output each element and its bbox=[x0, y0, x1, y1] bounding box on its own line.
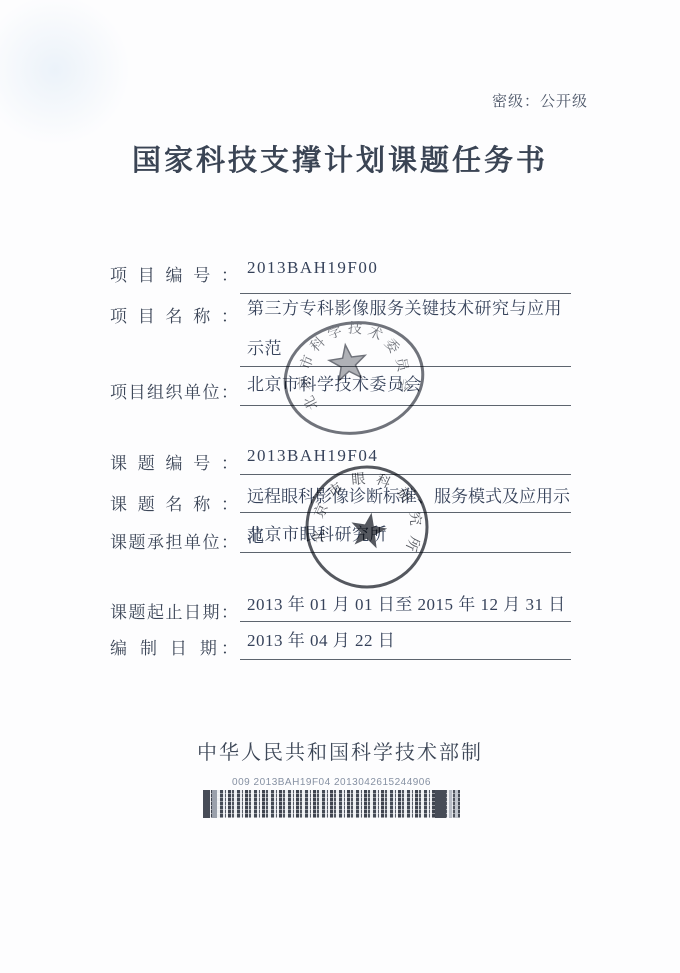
field-label-compile-date: 编 制 日 期： bbox=[110, 634, 238, 659]
field-label-project-number: 项目编号： bbox=[110, 261, 238, 286]
issuer-footer: 中华人民共和国科学技术部制 bbox=[0, 736, 680, 765]
field-label-project-name: 项目名称： bbox=[110, 302, 238, 327]
barcode-number: 009 2013BAH19F04 2013042615244906 bbox=[203, 777, 460, 788]
field-label-topic-duration: 课题起止日期： bbox=[110, 598, 238, 623]
scanned-document-page: 密级：公开级 国家科技支撑计划课题任务书 项目编号： 2013BAH19F00 … bbox=[0, 0, 680, 973]
official-seal-eye-institute: 北京市眼科研究所 bbox=[303, 463, 433, 595]
field-value-compile-date: 2013 年 04 月 22 日 bbox=[247, 621, 574, 661]
field-value-project-number: 2013BAH19F00 bbox=[247, 248, 574, 288]
star-icon bbox=[327, 342, 368, 381]
field-label-topic-number: 课题编号： bbox=[110, 449, 238, 474]
document-title: 国家科技支撑计划课题任务书 bbox=[0, 138, 680, 179]
seal-text: 北京市眼科研究所 bbox=[305, 463, 433, 563]
official-seal-science-committee: 北京市科学技术委员会 bbox=[274, 314, 434, 446]
field-label-project-org-unit: 项目组织单位： bbox=[110, 378, 238, 403]
security-level-label: 密级：公开级 bbox=[492, 90, 588, 111]
field-underline bbox=[240, 659, 571, 660]
field-label-topic-undertaker: 课题承担单位： bbox=[110, 528, 238, 553]
barcode bbox=[203, 790, 460, 818]
star-icon bbox=[348, 509, 390, 549]
field-label-topic-name: 课题名称： bbox=[110, 490, 238, 515]
